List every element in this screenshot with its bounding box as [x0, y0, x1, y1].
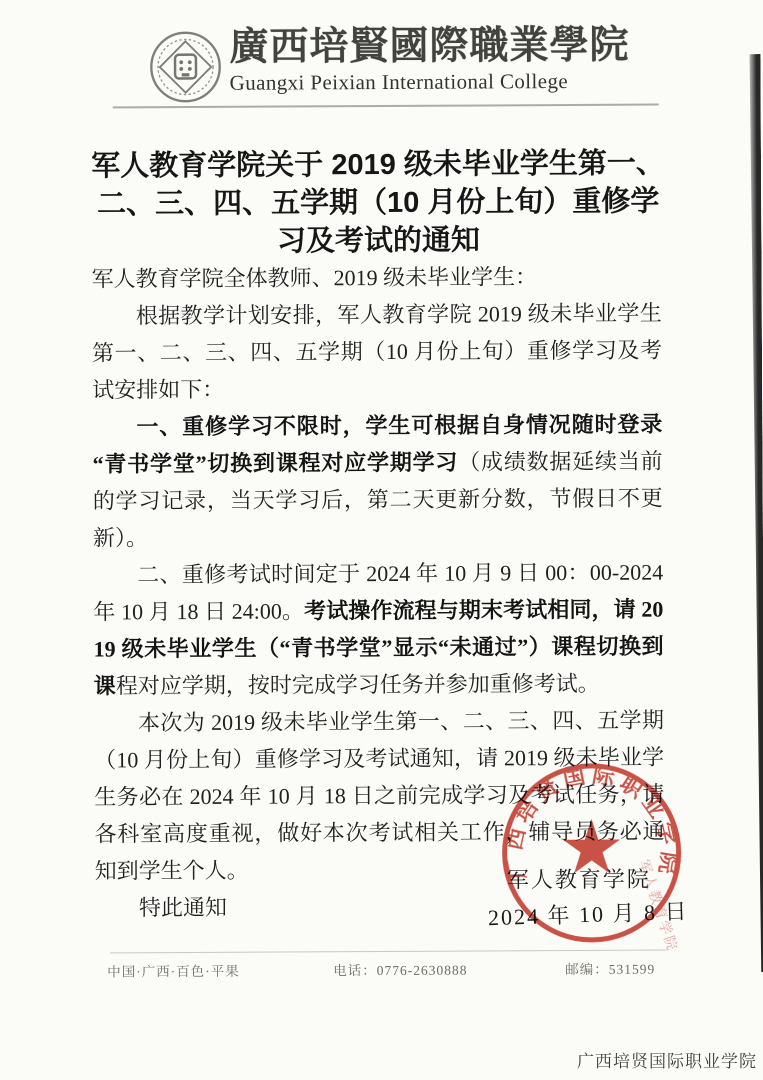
letterhead: 廣西培賢國際職業學院 Guangxi Peixian International…	[147, 21, 629, 106]
college-names: 廣西培賢國際職業學院 Guangxi Peixian International…	[229, 21, 629, 95]
official-red-stamp: 广西培贤国际职业学院 军人教育学院	[480, 743, 703, 966]
college-name-english: Guangxi Peixian International College	[230, 69, 630, 95]
footer-phone: 电话：0776-2630888	[333, 959, 467, 980]
title-line-1: 军人教育学院关于 2019 级未毕业学生第一、	[78, 144, 678, 185]
paragraph-item-2: 二、重修考试时间定于 2024 年 10 月 9 日 00：00-2024 年 …	[93, 554, 664, 705]
scan-edge-shadow	[746, 54, 763, 972]
scanned-notice-document: 廣西培賢國際職業學院 Guangxi Peixian International…	[0, 0, 763, 1080]
paragraph-intro: 根据教学计划安排，军人教育学院 2019 级未毕业学生第一、二、三、四、五学期（…	[92, 295, 663, 409]
college-emblem-logo	[147, 29, 223, 105]
college-name-calligraphy: 廣西培賢國際職業學院	[229, 21, 629, 71]
title-line-3: 习及考试的通知	[78, 220, 678, 261]
notice-title: 军人教育学院关于 2019 级未毕业学生第一、 二、三、四、五学期（10 月份上…	[78, 144, 679, 261]
salutation: 军人教育学院全体教师、2019 级未毕业学生：	[92, 258, 662, 298]
star-icon	[563, 819, 620, 874]
paragraph-item-1: 一、重修学习不限时，学生可根据自身情况随时登录 “青书学堂”切换到课程对应学期学…	[92, 406, 663, 557]
footer-postcode: 邮编：531599	[565, 958, 655, 978]
footer-address: 中国·广西·百色·平果	[107, 960, 240, 981]
title-line-2: 二、三、四、五学期（10 月份上旬）重修学	[78, 182, 678, 223]
corner-watermark: 广西培贤国际职业学院	[577, 1047, 757, 1072]
item-2-rest: 程对应学期，按时完成学习任务并参加重修考试。	[116, 671, 600, 699]
